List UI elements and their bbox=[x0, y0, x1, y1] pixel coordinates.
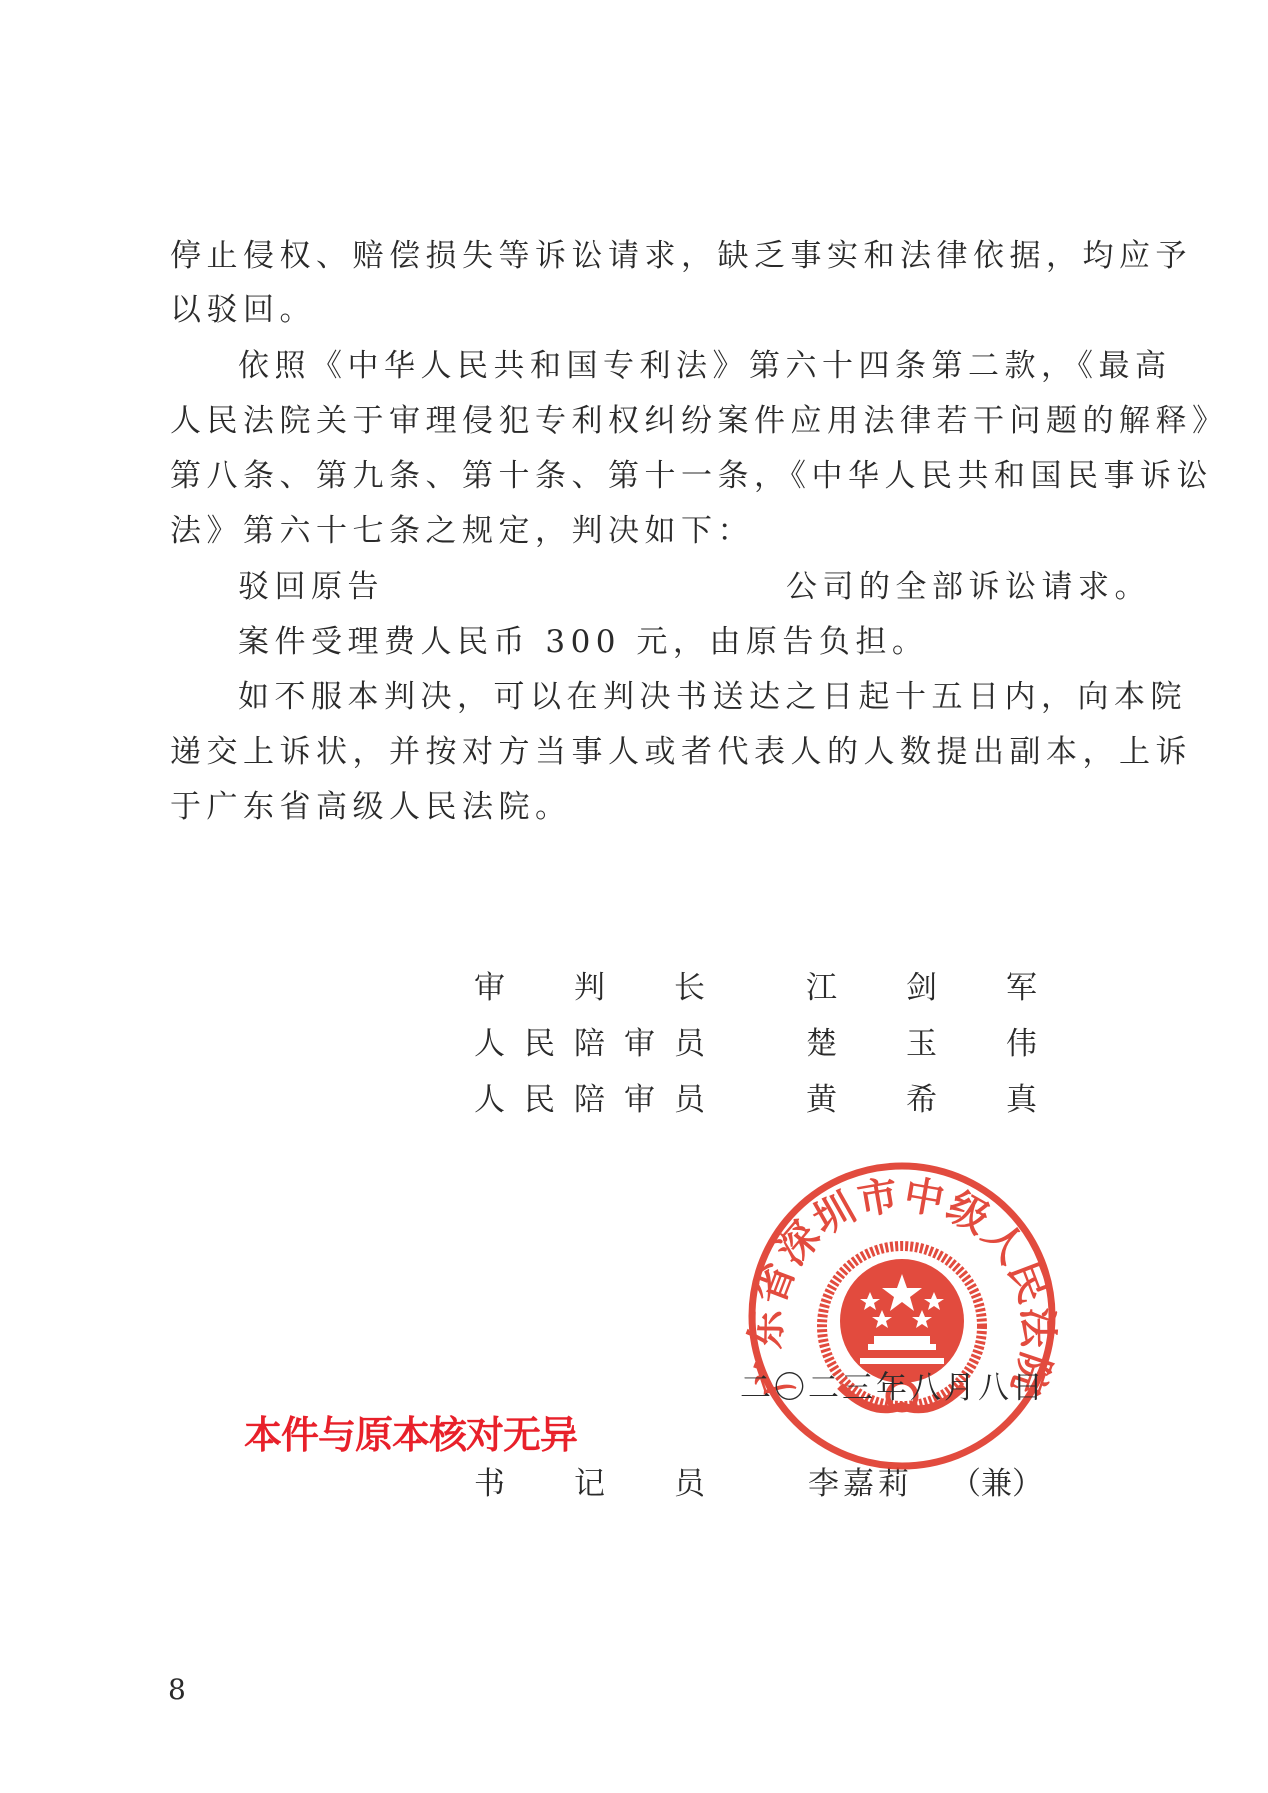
body-line: 人民法院关于审理侵犯专利权纠纷案件应用法律若干问题的解释》 bbox=[170, 401, 1229, 441]
court-seal-icon: 广东省深圳市中级人民法院 bbox=[742, 1156, 1062, 1476]
body-line: 停止侵权、赔偿损失等诉讼请求，缺乏事实和法律依据，均应予 bbox=[170, 236, 1192, 276]
body-line: 法》第六十七条之规定，判决如下： bbox=[170, 511, 754, 551]
judgment-dismiss: 驳回原告公司的全部诉讼请求。 bbox=[238, 567, 1151, 607]
document-page: 停止侵权、赔偿损失等诉讼请求，缺乏事实和法律依据，均应予 以驳回。 依照《中华人… bbox=[0, 0, 1268, 1793]
signature-juror-1: 人 民 陪 审 员 楚 玉 伟 bbox=[0, 1024, 1268, 1064]
appeal-line: 如不服本判决，可以在判决书送达之日起十五日内，向本院 bbox=[238, 677, 1187, 717]
dismiss-prefix: 驳回原告 bbox=[238, 569, 384, 605]
certified-copy-stamp: 本件与原本核对无异 bbox=[244, 1412, 577, 1458]
signature-presiding-judge: 审 判 长 江 剑 军 bbox=[0, 968, 1268, 1008]
judgment-date: 二〇二三年八月八日 bbox=[740, 1368, 1046, 1408]
body-line: 第八条、第九条、第十条、第十一条，《中华人民共和国民事诉讼 bbox=[170, 456, 1213, 496]
body-line: 以驳回。 bbox=[170, 290, 316, 330]
signature-clerk: 书 记 员 李嘉莉 （兼） bbox=[0, 1464, 1268, 1504]
page-number: 8 bbox=[168, 1672, 186, 1708]
appeal-line: 于广东省高级人民法院。 bbox=[170, 787, 572, 827]
body-line: 依照《中华人民共和国专利法》第六十四条第二款，《最高 bbox=[238, 346, 1172, 386]
signature-juror-2: 人 民 陪 审 员 黄 希 真 bbox=[0, 1080, 1268, 1120]
dismiss-suffix: 公司的全部诉讼请求。 bbox=[786, 569, 1151, 605]
appeal-line: 递交上诉状，并按对方当事人或者代表人的人数提出副本，上诉 bbox=[170, 732, 1192, 772]
judgment-fee: 案件受理费人民币 300 元，由原告负担。 bbox=[238, 622, 928, 662]
